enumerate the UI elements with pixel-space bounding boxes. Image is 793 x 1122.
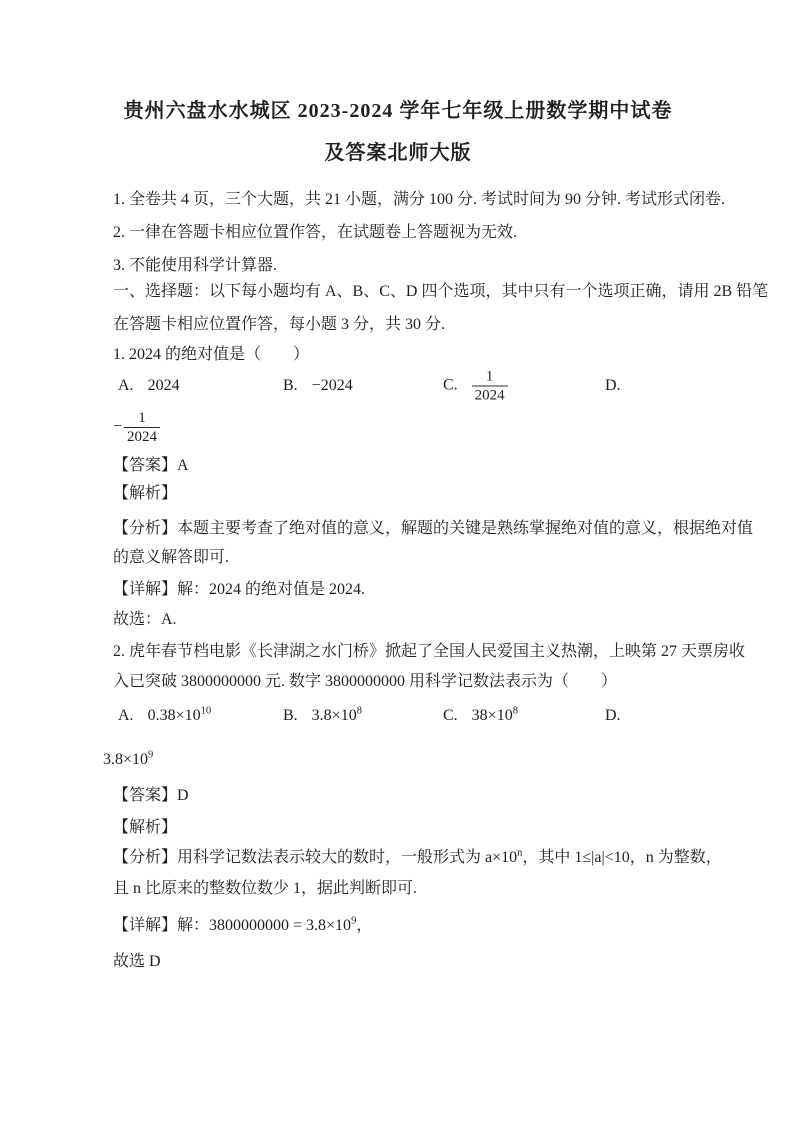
q2-option-b-value: 3.8×108 [312, 706, 362, 726]
q1-option-d-denominator: 2024 [124, 427, 160, 446]
q2-option-b-label: B. [283, 706, 298, 726]
q2-option-c-base: 38×10 [472, 707, 513, 724]
q1-analysis-line2: 的意义解答即可. [113, 548, 229, 568]
q1-option-a: A.2024 [118, 376, 180, 396]
doc-title-line1: 贵州六盘水水城区 2023-2024 学年七年级上册数学期中试卷 [113, 101, 683, 121]
q2-option-a-label: A. [118, 706, 134, 726]
q1-option-c-fraction: 12024 [472, 368, 508, 405]
q1-option-c: C.12024 [443, 368, 508, 405]
q2-option-d-exponent: 9 [148, 750, 153, 761]
q1-option-d-numerator: 1 [135, 409, 149, 427]
question1-options-row: A.2024 B.−2024 C.12024 D. [113, 364, 683, 408]
q1-option-d-value: −12024 [113, 406, 160, 448]
q1-option-c-numerator: 1 [483, 368, 497, 386]
q2-option-a-value: 0.38×1010 [148, 706, 212, 726]
q2-option-d-label: D. [605, 706, 621, 726]
q1-option-a-label: A. [118, 376, 134, 396]
q1-option-d-fraction: 12024 [124, 409, 160, 446]
q2-analysis-line1-post: ，其中 1≤|a|<10，n 为整数， [522, 849, 721, 866]
q2-option-c: C.38×108 [443, 706, 518, 726]
section1-intro-line1: 一、选择题：以下每小题均有 A、B、C、D 四个选项，其中只有一个选项正确，请用… [113, 282, 768, 302]
q2-option-c-value: 38×108 [472, 706, 518, 726]
q1-option-d-minus-sign: − [113, 406, 122, 448]
q1-option-c-denominator: 2024 [472, 386, 508, 405]
q2-option-c-label: C. [443, 706, 458, 726]
q2-option-a-base: 0.38×10 [148, 707, 201, 724]
q2-analysis-header: 【解析】 [113, 818, 177, 838]
exam-notice-2: 2. 一律在答题卡相应位置作答，在试题卷上答题视为无效. [113, 223, 517, 243]
q2-detail-pre: 【详解】解：3800000000 = 3.8×10 [113, 917, 351, 934]
q2-answer: 【答案】D [113, 786, 189, 806]
document-content: 贵州六盘水水城区 2023-2024 学年七年级上册数学期中试卷 及答案北师大版… [113, 0, 683, 1122]
q1-answer: 【答案】A [113, 456, 189, 476]
q2-analysis-line2: 且 n 比原来的整数位数少 1，据此判断即可. [113, 879, 417, 899]
q1-option-d: D. [605, 376, 635, 396]
q2-analysis-line1: 【分析】用科学记数法表示较大的数时，一般形式为 a×10n，其中 1≤|a|<1… [113, 848, 722, 868]
q1-analysis-header: 【解析】 [113, 484, 177, 504]
q2-conclusion: 故选 D [113, 952, 161, 972]
q2-detail-post: ， [356, 917, 372, 934]
question2-stem-line2: 入已突破 3800000000 元. 数字 3800000000 用科学记数法表… [113, 672, 617, 692]
q2-option-c-exponent: 8 [513, 706, 518, 717]
q2-option-d-value: 3.8×109 [103, 750, 153, 770]
q2-option-b-base: 3.8×10 [312, 707, 357, 724]
q2-detail: 【详解】解：3800000000 = 3.8×109， [113, 916, 372, 936]
doc-title-line2: 及答案北师大版 [113, 143, 683, 163]
q2-option-d: D. [605, 706, 635, 726]
question1-stem: 1. 2024 的绝对值是（ ） [113, 345, 309, 365]
exam-notice-3: 3. 不能使用科学计算器. [113, 256, 277, 276]
q1-option-d-label: D. [605, 376, 621, 396]
q2-option-a-exponent: 10 [201, 706, 212, 717]
q1-option-a-text: 2024 [148, 377, 180, 394]
document-page: 贵州六盘水水城区 2023-2024 学年七年级上册数学期中试卷 及答案北师大版… [0, 0, 793, 1122]
q1-conclusion: 故选：A. [113, 610, 177, 630]
q2-option-a: A.0.38×1010 [118, 706, 211, 726]
q2-analysis-line1-pre: 【分析】用科学记数法表示较大的数时，一般形式为 a×10 [113, 849, 517, 866]
q1-detail: 【详解】解：2024 的绝对值是 2024. [113, 580, 365, 600]
question2-stem-line1: 2. 虎年春节档电影《长津湖之水门桥》掀起了全国人民爱国主义热潮，上映第 27 … [113, 642, 745, 662]
q1-option-b: B.−2024 [283, 376, 353, 396]
q2-option-d-base: 3.8×10 [103, 751, 148, 768]
q1-option-c-label: C. [443, 376, 458, 396]
section1-intro-line2: 在答题卡相应位置作答，每小题 3 分，共 30 分. [113, 315, 445, 335]
q2-option-b: B.3.8×108 [283, 706, 362, 726]
q1-option-b-text: −2024 [312, 377, 353, 394]
exam-notice-1: 1. 全卷共 4 页，三个大题，共 21 小题，满分 100 分. 考试时间为 … [113, 190, 725, 210]
q2-option-b-exponent: 8 [357, 706, 362, 717]
question2-options-row: A.0.38×1010 B.3.8×108 C.38×108 D. [113, 702, 683, 730]
q1-analysis-line1: 【分析】本题主要考查了绝对值的意义，解题的关键是熟练掌握绝对值的意义，根据绝对值 [113, 519, 753, 539]
q1-option-b-label: B. [283, 376, 298, 396]
